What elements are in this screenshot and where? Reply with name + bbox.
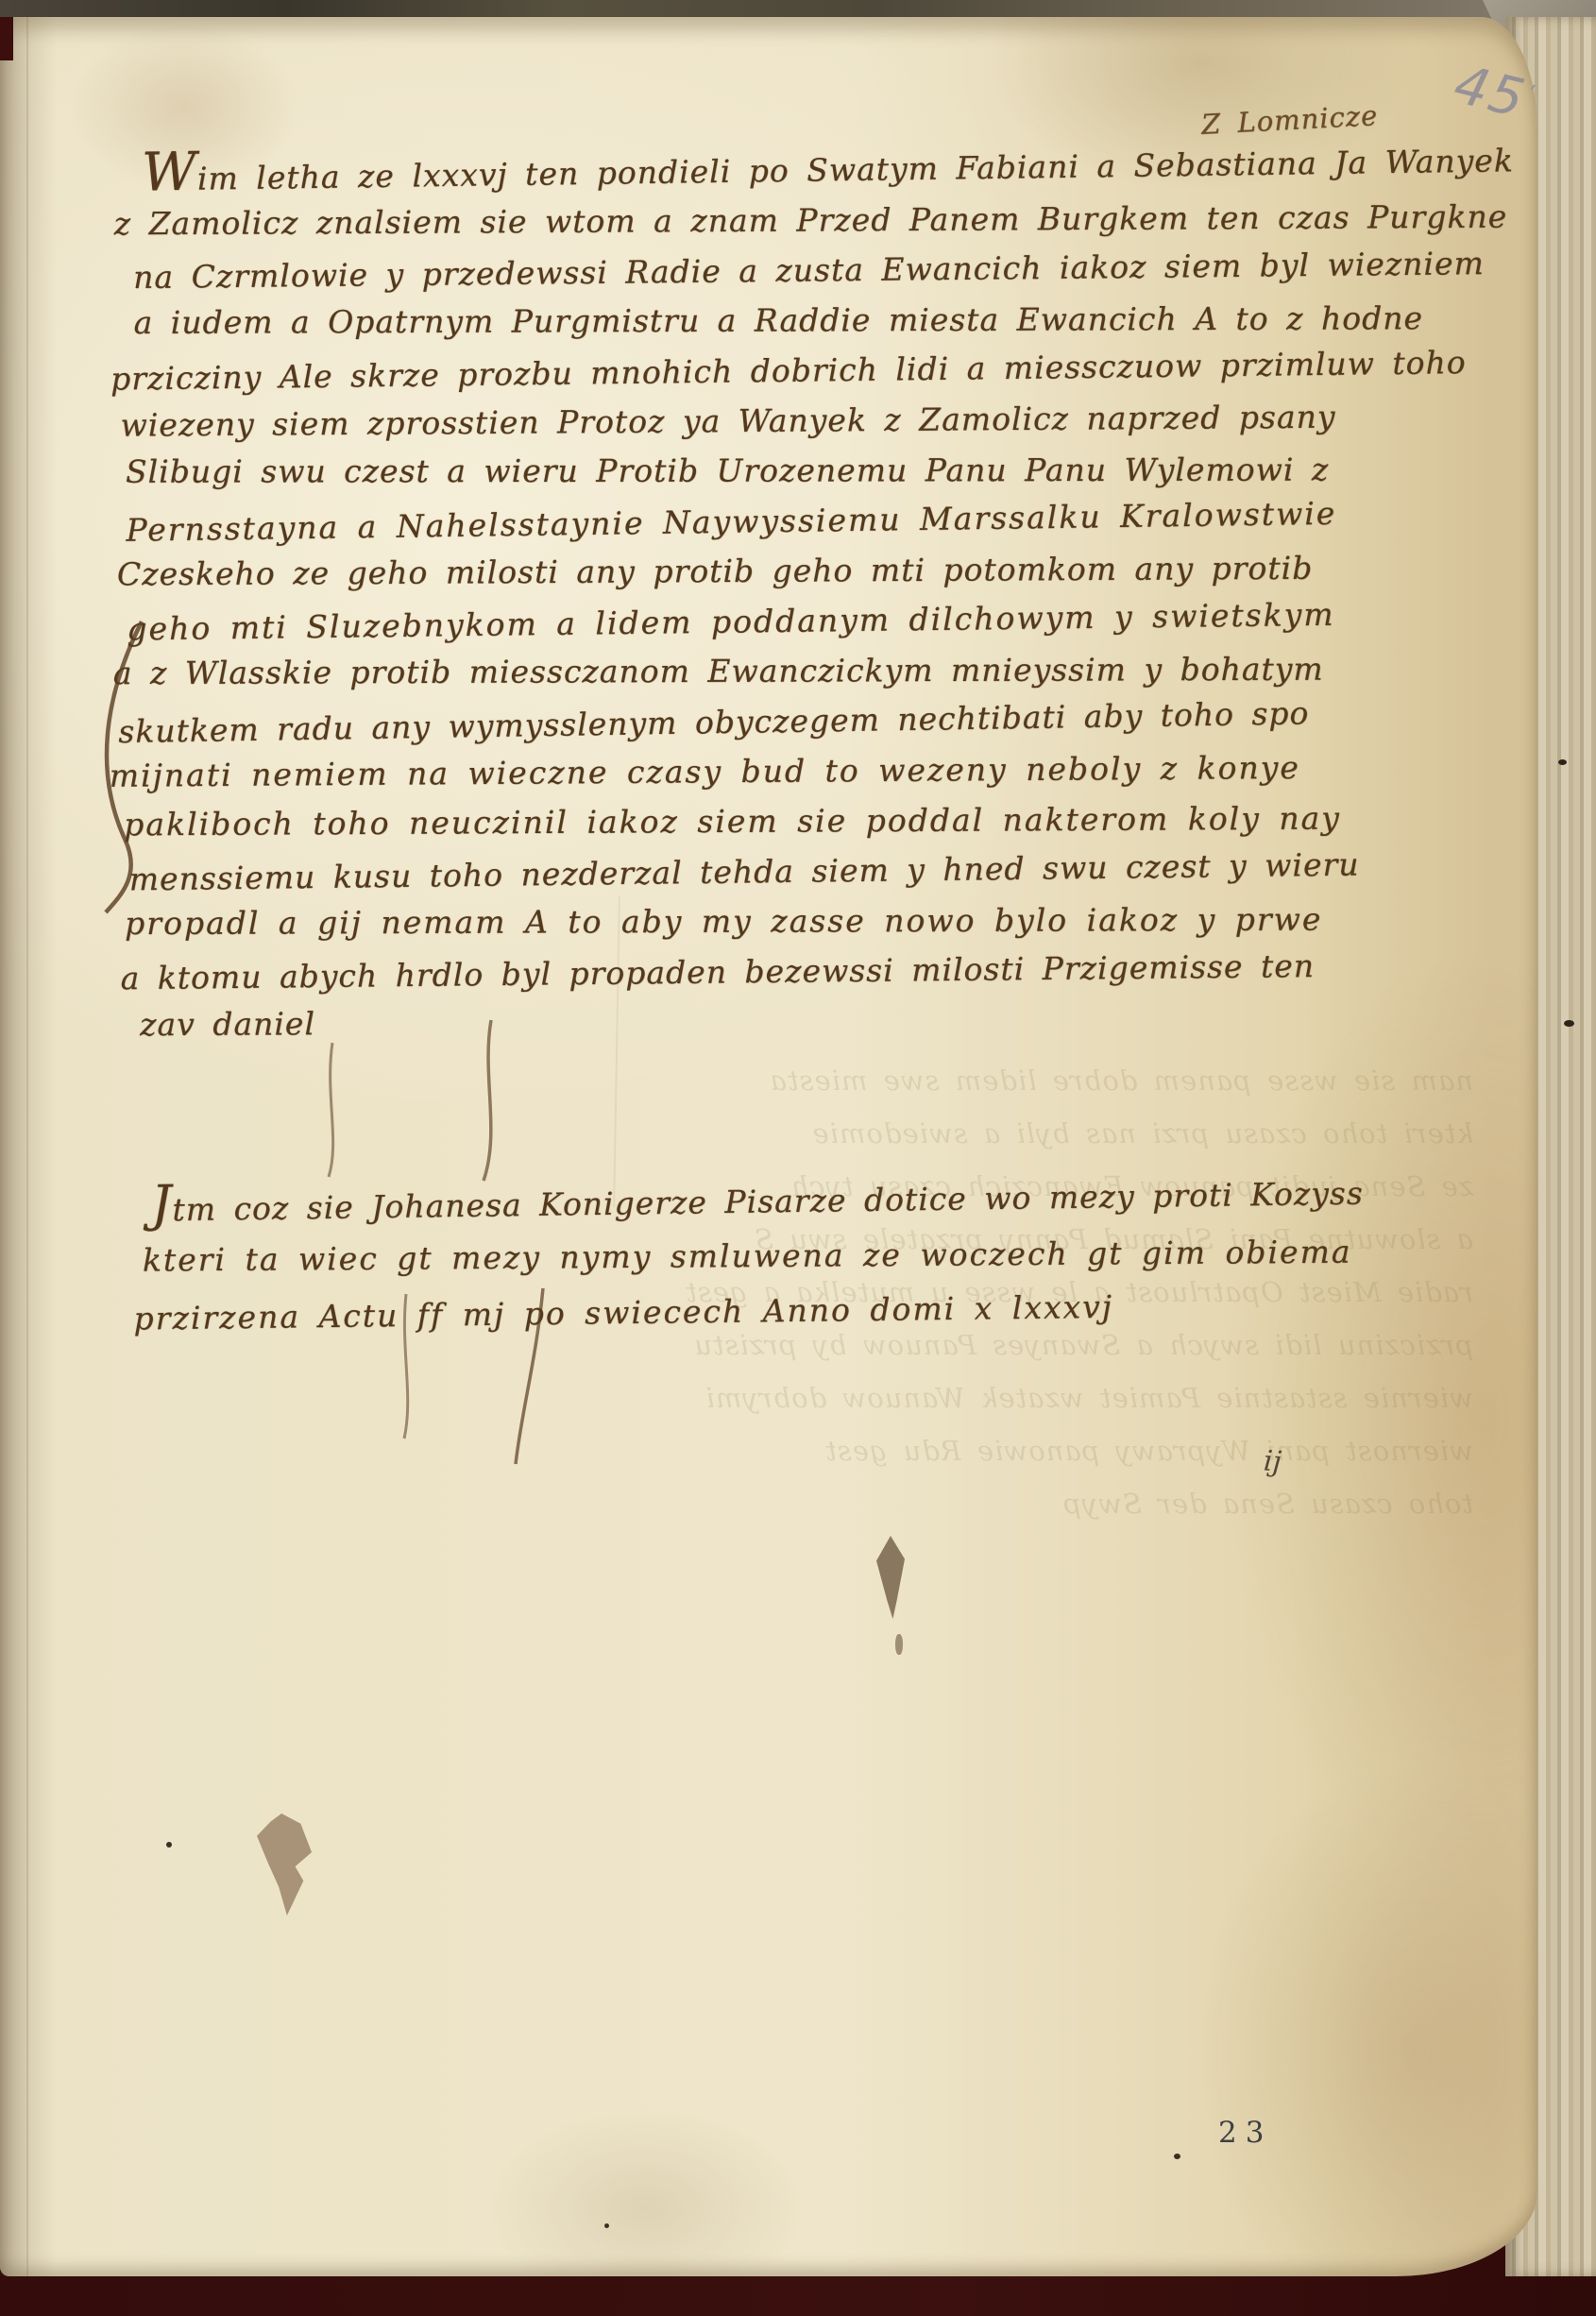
- bleedthrough-line: wiernost pani Wyprawy panowie Rdu gest: [302, 1424, 1473, 1477]
- fore-edge-speck: [1564, 1020, 1574, 1027]
- folio-number: 45: [1448, 54, 1532, 130]
- second-entry-text: Jtm coz sie Johanesa Konigerze Pisarze d…: [151, 1167, 1513, 1345]
- stray-ink-mark: ij: [1263, 1444, 1282, 1478]
- manuscript-text-line: wiezeny siem zprosstien Protoz ya Wanyek…: [120, 390, 1508, 450]
- manuscript-photo-scene: nam sie wsse panem dobre lidem swe miest…: [0, 0, 1596, 2316]
- bleedthrough-line: kteri toho czasu przi nas byli a swiedom…: [312, 1107, 1473, 1160]
- speck: [604, 2223, 609, 2228]
- ink-stain: [876, 1536, 905, 1619]
- brown-stain: [257, 1814, 312, 1916]
- ink-stain-drip: [895, 1634, 903, 1655]
- binding-gutter-shadow: [0, 17, 57, 2276]
- page-number-stamp: 23: [1218, 2116, 1272, 2150]
- fore-edge-speck: [1558, 759, 1567, 765]
- header-place-note: Z Lomnicze: [1200, 99, 1379, 141]
- manuscript-page: nam sie wsse panem dobre lidem swe miest…: [0, 17, 1537, 2276]
- gutter-crease: [26, 17, 28, 2276]
- bleedthrough-line: nam sie wsse panem dobre lidem swe miest…: [387, 1054, 1473, 1107]
- bleedthrough-line: toho czasu Sena der Swyp: [416, 1477, 1473, 1530]
- manuscript-text-line: mijnati nemiem na wieczne czasy bud to w…: [110, 741, 1512, 800]
- bleedthrough-line: wiernie sstastnie Pamiet wzatek Wanuow d…: [340, 1371, 1473, 1424]
- main-entry-text: Wim letha ze lxxxvj ten pondieli po Swat…: [109, 139, 1514, 1052]
- folio-number-pencil: 45ʹ: [1448, 54, 1539, 132]
- backdrop-sliver: [0, 17, 13, 60]
- manuscript-text-line: zav daniel: [140, 993, 1514, 1050]
- speck: [166, 1842, 172, 1848]
- speck: [1174, 2154, 1180, 2159]
